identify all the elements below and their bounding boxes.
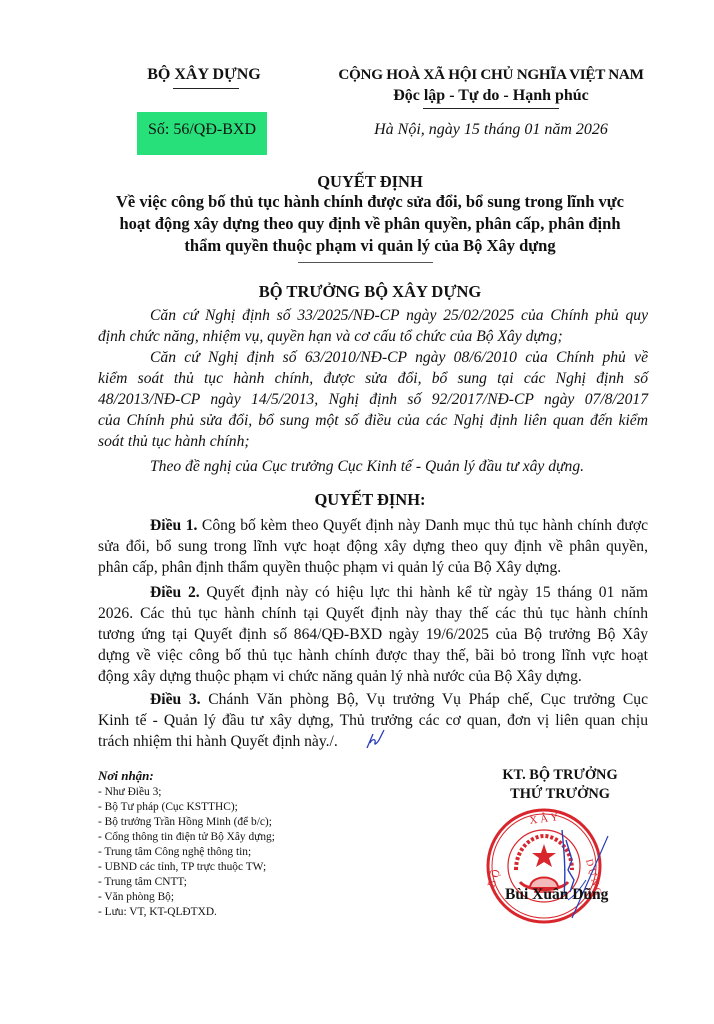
official-seal-icon: X Â Y B Ộ D Ự N G (482, 800, 612, 930)
agency-underline (173, 88, 239, 89)
recipient-item: - Trung tâm CNTT; (98, 875, 187, 889)
document-subtitle-line: Về việc công bố thủ tục hành chính được … (90, 192, 650, 212)
article-3-label: Điều 3. (150, 691, 201, 708)
document-subtitle-line: thẩm quyền thuộc phạm vi quản lý của Bộ … (90, 236, 650, 256)
preamble-line: soát thủ tục hành chính; (98, 432, 648, 452)
signer-title: KT. BỘ TRƯỞNG (460, 767, 660, 784)
article-2-line: 2026. Các thủ tục hành chính tại Quyết đ… (98, 604, 648, 624)
recipient-item: - Trung tâm Công nghệ thông tin; (98, 845, 251, 859)
signer-name: Bùi Xuân Dũng (505, 886, 635, 904)
article-2-label: Điều 2. (150, 584, 200, 601)
preamble-line: Căn cứ Nghị định số 63/2010/NĐ-CP ngày 0… (150, 348, 648, 368)
recipients-title: Nơi nhận: (98, 768, 154, 784)
recipient-item: - Như Điều 3; (98, 785, 161, 799)
national-motto: Độc lập - Tự do - Hạnh phúc (332, 87, 650, 105)
preamble-line: định chức năng, nhiệm vụ, quyền hạn và c… (98, 327, 648, 347)
recipient-item: - Cổng thông tin điện tử Bộ Xây dựng; (98, 830, 275, 844)
recipient-item: - Lưu: VT, KT-QLĐTXD. (98, 905, 217, 919)
initial-signature-icon (364, 728, 386, 750)
title-underline (298, 262, 433, 263)
motto-underline (423, 108, 559, 109)
place-date: Hà Nội, ngày 15 tháng 01 năm 2026 (332, 121, 650, 139)
article-1-label: Điều 1. (150, 517, 197, 534)
recipient-item: - Văn phòng Bộ; (98, 890, 174, 904)
national-title: CỘNG HOÀ XÃ HỘI CHỦ NGHĨA VIỆT NAM (332, 66, 650, 84)
article-1-line: Điều 1. Công bố kèm theo Quyết định này … (150, 516, 648, 536)
recipient-item: - Bộ trưởng Trần Hồng Minh (để b/c); (98, 815, 272, 829)
issuing-agency: BỘ XÂY DỰNG (132, 66, 276, 84)
recipient-item: - Bộ Tư pháp (Cục KSTTHC); (98, 800, 238, 814)
article-2-line: tương ứng tại Quyết định số 864/QĐ-BXD n… (98, 625, 648, 645)
article-2-text: Quyết định này có hiệu lực thi hành kể t… (200, 584, 648, 601)
article-2-line: Điều 2. Quyết định này có hiệu lực thi h… (150, 583, 648, 603)
article-1-text: Công bố kèm theo Quyết định này Danh mục… (197, 517, 648, 534)
article-2-line: dựng về việc công bố thủ tục hành chính … (98, 646, 648, 666)
article-3-text: Chánh Văn phòng Bộ, Vụ trưởng Vụ Pháp ch… (201, 691, 648, 708)
preamble-line: Theo đề nghị của Cục trưởng Cục Kinh tế … (150, 457, 648, 477)
article-2-line: động xây dựng thuộc phạm vi chức năng qu… (98, 667, 648, 687)
article-1-line: phân cấp, phân định thẩm quyền thuộc phạ… (98, 558, 648, 578)
article-1-line: sửa đổi, bổ sung trong lĩnh vực hoạt độn… (98, 537, 648, 557)
recipient-item: - UBND các tỉnh, TP trực thuộc TW; (98, 860, 266, 874)
svg-text:X Â Y: X Â Y (529, 811, 559, 827)
decision-heading: QUYẾT ĐỊNH: (90, 490, 650, 510)
preamble-line: Căn cứ Nghị định số 33/2025/NĐ-CP ngày 2… (150, 306, 648, 326)
preamble-line: kiểm soát thủ tục hành chính, được sửa đ… (98, 369, 648, 389)
document-title: QUYẾT ĐỊNH (90, 172, 650, 192)
document-subtitle-line: hoạt động xây dựng theo quy định về phân… (90, 214, 650, 234)
doc-number: Số: 56/QĐ-BXD (137, 121, 267, 139)
issuer-heading: BỘ TRƯỞNG BỘ XÂY DỰNG (90, 282, 650, 302)
preamble-line: 48/2013/NĐ-CP ngày 14/5/2013, Nghị định … (98, 390, 648, 410)
article-3-line: Điều 3. Chánh Văn phòng Bộ, Vụ trưởng Vụ… (150, 690, 648, 710)
preamble-line: của Chính phủ sửa đổi, bổ sung một số đi… (98, 411, 648, 431)
